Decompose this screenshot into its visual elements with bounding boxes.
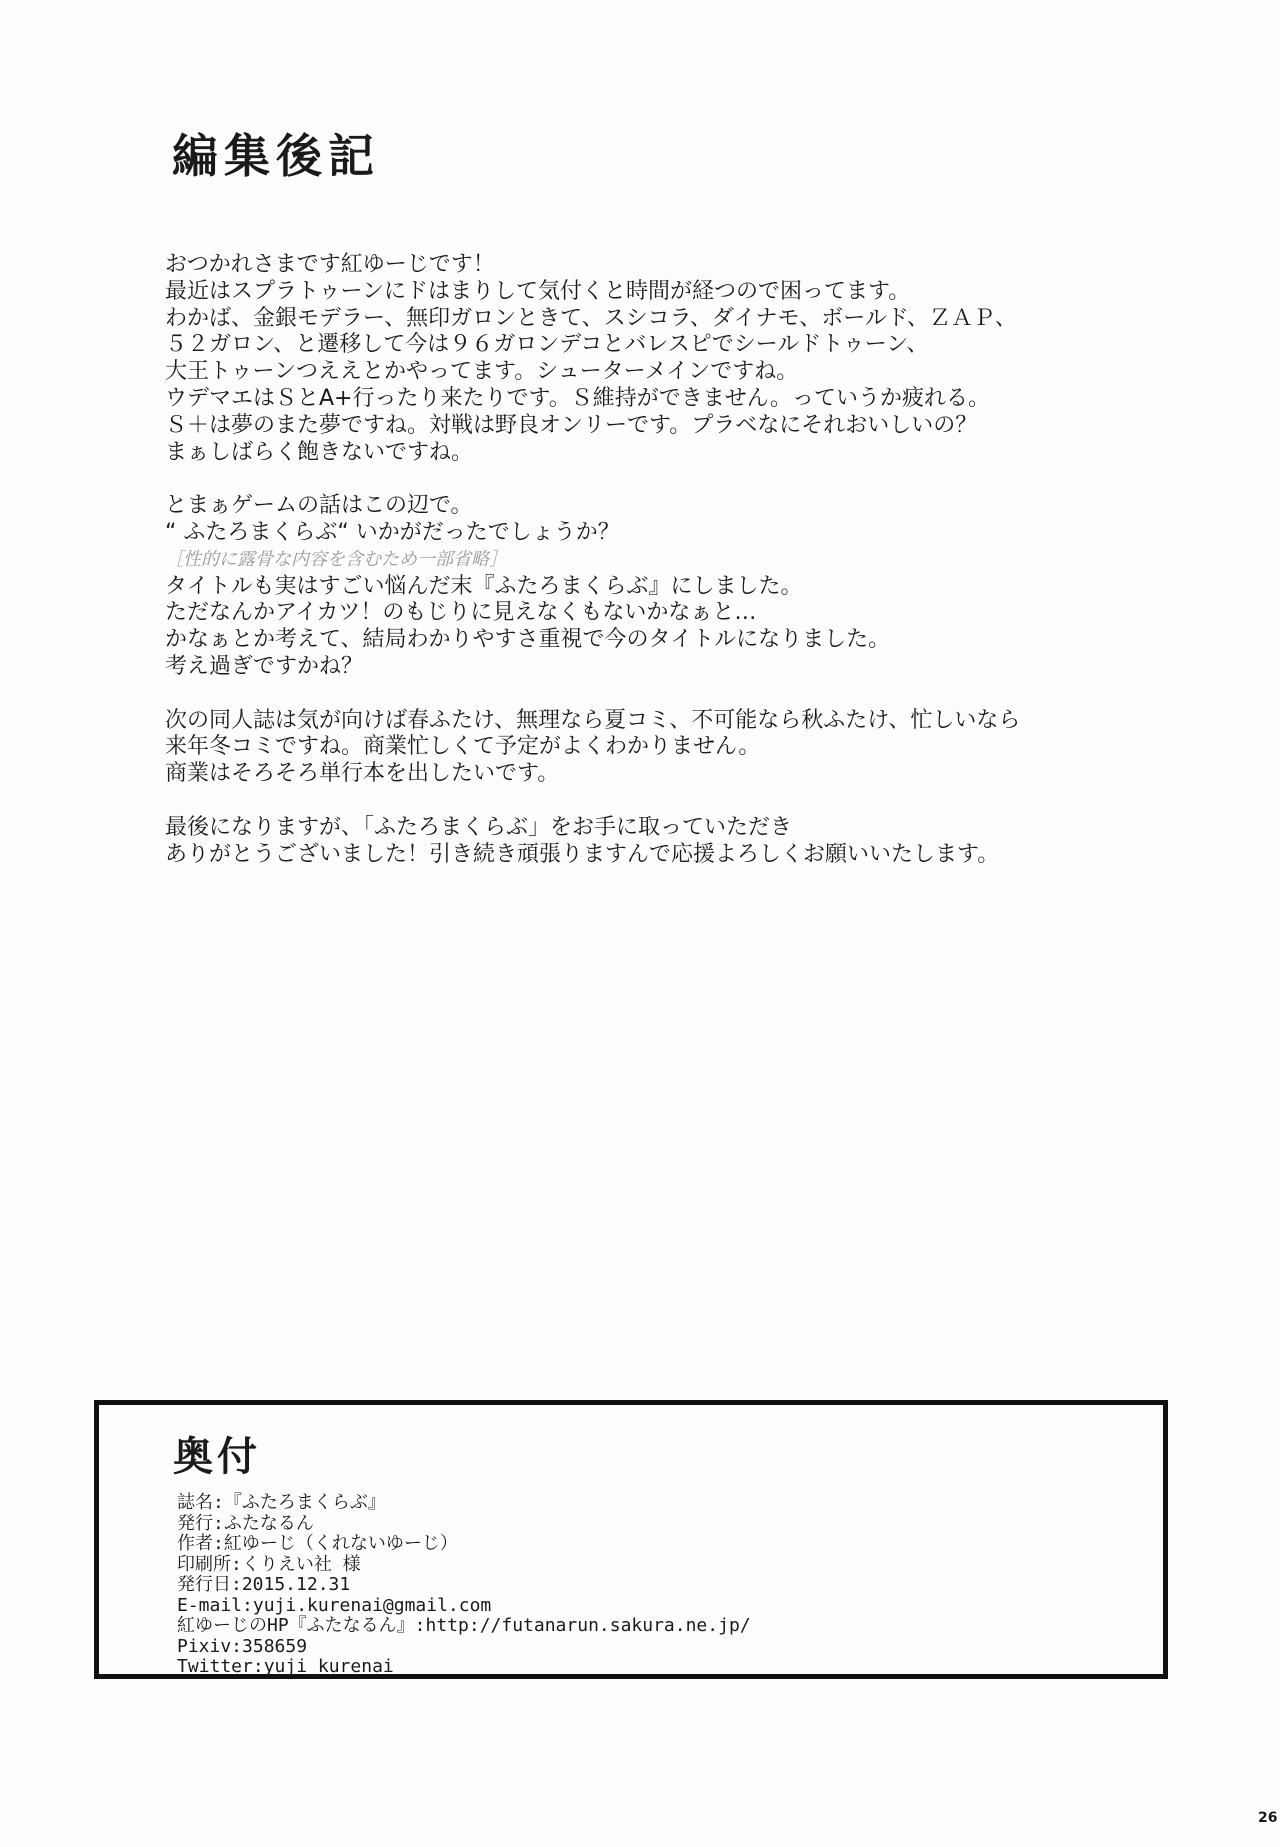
text-line: かなぁとか考えて、結局わかりやすさ重視で今のタイトルになりました。 [165,627,1125,654]
paragraph: おつかれさまです紅ゆーじです！ 最近はスプラトゥーンにドはまりして気付くと時間が… [165,252,1125,466]
paragraph: 最後になりますが、「ふたろまくらぶ」をお手に取っていただき ありがとうございまし… [165,815,1125,869]
text-line: 考え過ぎですかね？ [165,654,1125,681]
paragraph: とまぁゲームの話はこの辺で。 “ ふたろまくらぶ“ いかがだったでしょうか？ ［… [165,493,1125,681]
text-line: とまぁゲームの話はこの辺で。 [165,493,1125,520]
colophon-entry-printer: 印刷所:くりえい社 様 [177,1555,751,1576]
text-line: ウデマエはＳとA+行ったり来たりです。Ｓ維持ができません。っていうか疲れる。 [165,386,1125,413]
colophon-entry-author: 作者:紅ゆーじ（くれないゆーじ） [177,1534,751,1555]
text-line: 来年冬コミですね。商業忙しくて予定がよくわかりません。 [165,734,1125,761]
text-line: “ ふたろまくらぶ“ いかがだったでしょうか？ [165,520,1125,547]
text-line: 最近はスプラトゥーンにドはまりして気付くと時間が経つので困ってます。 [165,279,1125,306]
page-number: 26 [1258,1810,1277,1826]
text-line: 最後になりますが、「ふたろまくらぶ」をお手に取っていただき [165,815,1125,842]
colophon-entry-publisher: 発行:ふたなるん [177,1514,751,1535]
colophon-entry-homepage: 紅ゆーじのHP『ふたなるん』:http://futanarun.sakura.n… [177,1616,751,1637]
text-line: ただなんかアイカツ！のもじりに見えなくもないかなぁと… [165,600,1125,627]
colophon-entry-twitter: Twitter:yuji_kurenai [177,1657,751,1678]
text-line: Ｓ＋は夢のまた夢ですね。対戦は野良オンリーです。プラベなにそれおいしいの？ [165,413,1125,440]
colophon-entry-pixiv: Pixiv:358659 [177,1637,751,1658]
colophon-box: 奥付 誌名:『ふたろまくらぶ』 発行:ふたなるん 作者:紅ゆーじ（くれないゆーじ… [94,1400,1168,1679]
text-line: わかば、金銀モデラー、無印ガロンときて、スシコラ、ダイナモ、ボールド、ＺＡＰ、 [165,306,1125,333]
afterword-body: おつかれさまです紅ゆーじです！ 最近はスプラトゥーンにドはまりして気付くと時間が… [165,252,1125,895]
paragraph: 次の同人誌は気が向けば春ふたけ、無理なら夏コミ、不可能なら秋ふたけ、忙しいなら … [165,708,1125,788]
page-title: 編集後記 [172,120,380,186]
text-line: 商業はそろそろ単行本を出したいです。 [165,761,1125,788]
text-line: おつかれさまです紅ゆーじです！ [165,252,1125,279]
omitted-content-notice: ［性的に露骨な内容を含むため一部省略］ [165,547,1125,574]
text-line: ５２ガロン、と遷移して今は９６ガロンデコとバレスピでシールドトゥーン、 [165,332,1125,359]
text-line: タイトルも実はすごい悩んだ末『ふたろまくらぶ』にしました。 [165,574,1125,601]
colophon-list: 誌名:『ふたろまくらぶ』 発行:ふたなるん 作者:紅ゆーじ（くれないゆーじ） 印… [177,1493,751,1678]
text-line: まぁしばらく飽きないですね。 [165,440,1125,467]
text-line: 次の同人誌は気が向けば春ふたけ、無理なら夏コミ、不可能なら秋ふたけ、忙しいなら [165,708,1125,735]
colophon-title: 奥付 [173,1425,261,1482]
colophon-entry-email: E-mail:yuji.kurenai@gmail.com [177,1596,751,1617]
text-line: 大王トゥーンつええとかやってます。シューターメインですね。 [165,359,1125,386]
colophon-entry-title: 誌名:『ふたろまくらぶ』 [177,1493,751,1514]
colophon-entry-date: 発行日:2015.12.31 [177,1575,751,1596]
text-line: ありがとうございました！引き続き頑張りますんで応援よろしくお願いいたします。 [165,842,1125,869]
